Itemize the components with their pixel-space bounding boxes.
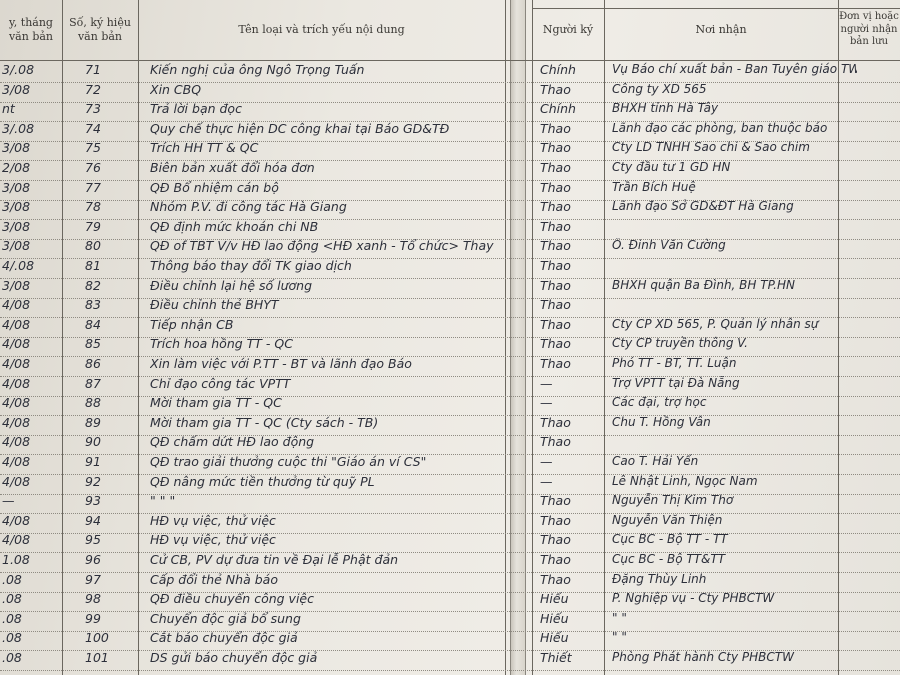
entry-recipient: Phòng Phát hành Cty PHBCTW (612, 650, 857, 670)
header-number: Số, ký hiệu văn bản (62, 0, 138, 60)
entry-date: .08 (2, 650, 57, 670)
header-archive: Đơn vị hoặc người nhận bản lưu (838, 0, 900, 60)
ledger-page: y, tháng văn bản Số, ký hiệu văn bản Tên… (0, 0, 900, 675)
header-date: y, tháng văn bản (0, 0, 62, 60)
entry-number: 101 (85, 650, 135, 670)
header-recipient: Nơi nhận (604, 0, 838, 60)
header-signer: Người ký (532, 0, 604, 60)
entry-title: DS gửi báo chuyển độc giả (150, 650, 510, 670)
table-row: .08101DS gửi báo chuyển độc giảThiếtPhòn… (0, 648, 900, 671)
entry-signer: Thiết (540, 650, 600, 670)
header-title: Tên loại và trích yếu nội dung (138, 0, 505, 60)
